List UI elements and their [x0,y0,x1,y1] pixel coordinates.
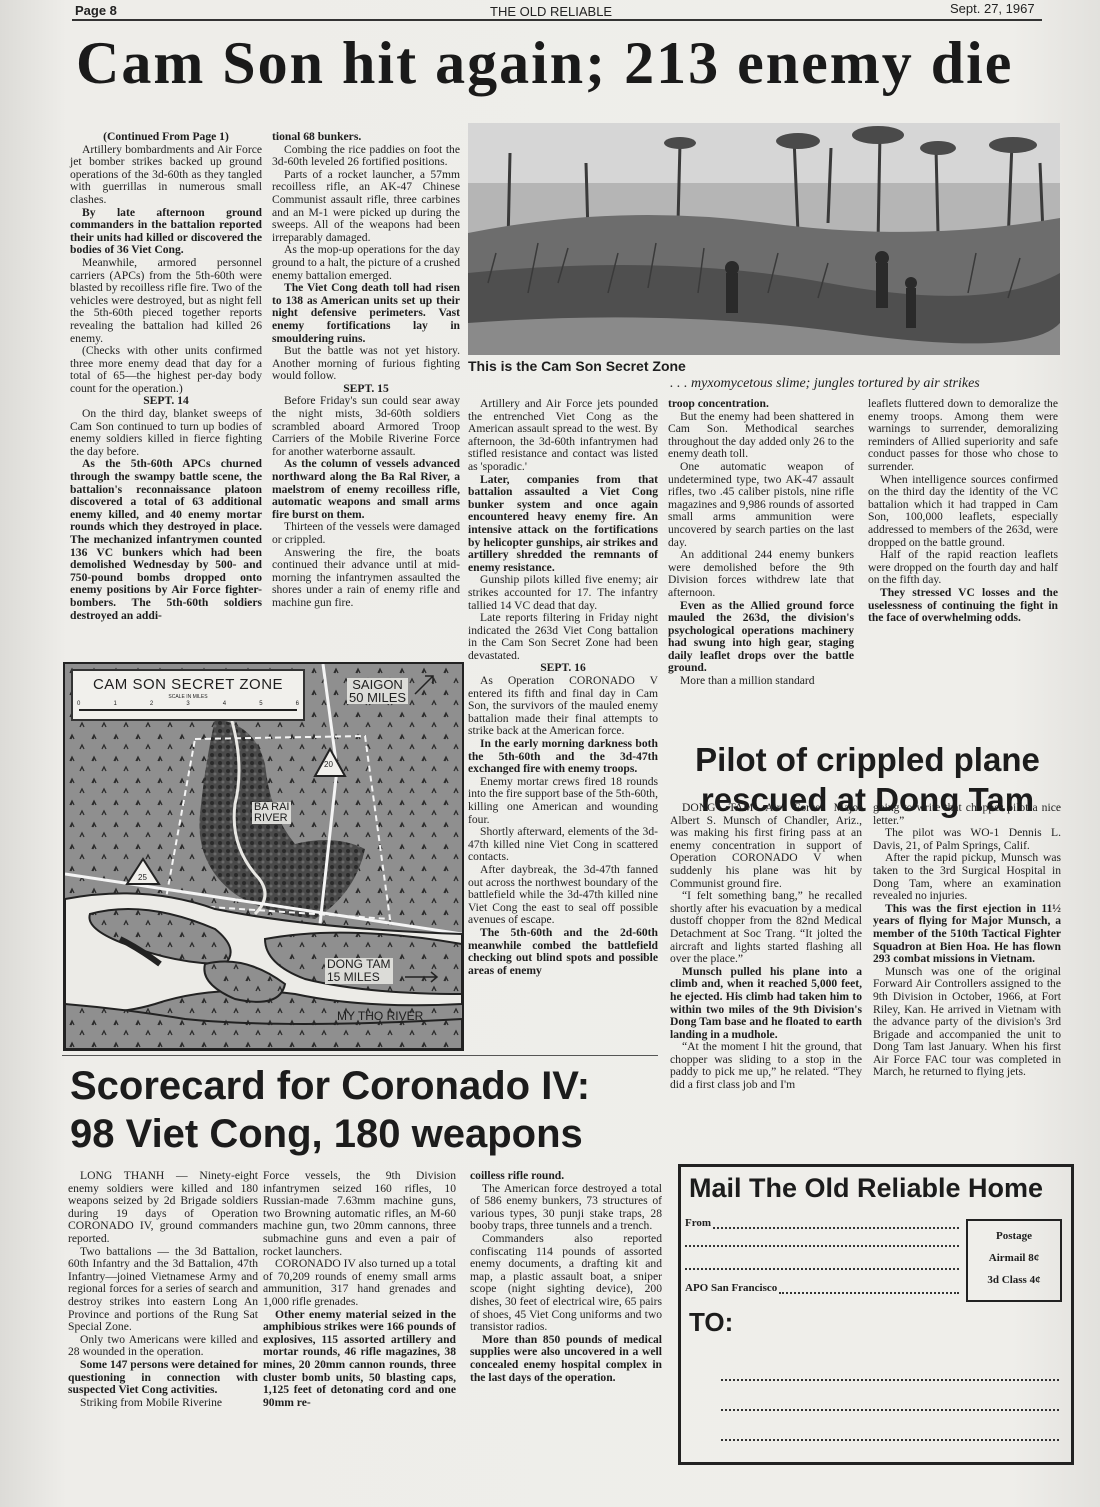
scorecard-headline-line-2: 98 Viet Cong, 180 weapons [70,1110,590,1158]
to-line-2[interactable] [721,1409,1059,1411]
main-story-col-3: Artillery and Air Force jets pounded the… [468,398,658,977]
article-paragraph: leaflets fluttered down to demoralize th… [868,398,1058,474]
scale-tick: 0 [77,701,80,707]
issue-date: Sept. 27, 1967 [950,1,1035,16]
mail-coupon-title: Mail The Old Reliable Home [689,1173,1043,1204]
article-paragraph: Force vessels, the 9th Division infantry… [263,1170,456,1258]
map-scale-label: SCALE IN MILES [73,694,303,700]
article-paragraph: tional 68 bunkers. [272,131,460,144]
map-scale-ticks: 0 1 2 3 4 5 6 [77,701,299,707]
article-paragraph: Some 147 persons were detained for quest… [68,1359,258,1397]
article-paragraph: “At the moment I hit the ground, that ch… [670,1041,862,1091]
dong-tam-distance: 15 MILES [327,971,391,984]
article-paragraph: Parts of a rocket launcher, a 57mm recoi… [272,169,460,245]
article-paragraph: Gunship pilots killed five enemy; air st… [468,574,658,612]
article-paragraph: Two battalions — the 3d Battalion, 60th … [68,1246,258,1334]
article-paragraph: DONG TAM—Air Force Major Albert S. Munsc… [670,802,862,890]
article-paragraph: More than 850 pounds of medical supplies… [470,1334,662,1384]
map-label-my-tho-river: MY THO RIVER [337,1009,423,1023]
postage-third-class: 3d Class 4¢ [968,1269,1060,1291]
article-paragraph: One automatic weapon of undetermined typ… [668,461,854,549]
article-paragraph: In the early morning darkness both the 5… [468,738,658,776]
apo-label: APO San Francisco [685,1282,777,1294]
map-label-ba-rai-river: BA RAI RIVER [252,802,291,824]
main-story-col-2: tional 68 bunkers.Combing the rice paddi… [272,131,460,610]
cam-son-map: CAM SON SECRET ZONE SCALE IN MILES 0 1 2… [63,662,464,1051]
from-line-3[interactable] [685,1268,959,1270]
pilot-story-col-1: DONG TAM—Air Force Major Albert S. Munsc… [670,802,862,1092]
pilot-story-col-2: going to write that chopper pilot a nice… [873,802,1061,1079]
article-paragraph: Later, companies from that battalion ass… [468,474,658,575]
scorecard-col-2: Force vessels, the 9th Division infantry… [263,1170,456,1409]
article-paragraph: Thirteen of the vessels were damaged or … [272,521,460,546]
article-paragraph: Even as the Allied ground force mauled t… [668,600,854,676]
article-paragraph: As the column of vessels advanced northw… [272,458,460,521]
article-paragraph: Munsch pulled his plane into a climb and… [670,966,862,1042]
masthead-rule [72,19,1042,21]
article-paragraph: More than a million standard [668,675,854,688]
article-paragraph: The Viet Cong death toll had risen to 13… [272,282,460,345]
to-label: TO: [689,1307,733,1338]
jungle-photo [468,123,1060,355]
article-paragraph: They stressed VC losses and the uselessn… [868,587,1058,625]
apo-line[interactable] [779,1292,959,1294]
article-paragraph: The American force destroyed a total of … [470,1183,662,1233]
dateline-subhead: (Continued From Page 1) [70,131,262,144]
article-paragraph: On the third day, blanket sweeps of Cam … [70,408,262,458]
postage-title: Postage [968,1225,1060,1247]
map-title-box: CAM SON SECRET ZONE SCALE IN MILES 0 1 2… [71,669,305,721]
paper-name: THE OLD RELIABLE [490,4,612,19]
scorecard-headline-line-1: Scorecard for Coronado IV: [70,1062,590,1110]
article-paragraph: Other enemy material seized in the amphi… [263,1309,456,1410]
from-label: From [685,1217,711,1229]
article-paragraph: As the 5th-60th APCs churned through the… [70,458,262,622]
article-paragraph: When intelligence sources confirmed on t… [868,474,1058,550]
article-paragraph: coilless rifle round. [470,1170,662,1183]
from-field[interactable]: From [685,1217,959,1229]
scale-tick: 6 [296,701,299,707]
article-paragraph: The 5th-60th and the 2d-60th meanwhile c… [468,927,658,977]
article-paragraph: Meanwhile, armored personnel carriers (A… [70,257,262,345]
article-paragraph: troop concentration. [668,398,854,411]
article-paragraph: As Operation CORONADO V entered its fift… [468,675,658,738]
scorecard-headline: Scorecard for Coronado IV: 98 Viet Cong,… [70,1062,590,1158]
article-paragraph: After the rapid pickup, Munsch was taken… [873,852,1061,902]
photo-subcaption: . . . myxomycetous slime; jungles tortur… [670,376,980,392]
scorecard-col-3: coilless rifle round.The American force … [470,1170,662,1384]
map-scale-bar [79,709,297,711]
postage-box: Postage Airmail 8¢ 3d Class 4¢ [966,1219,1062,1302]
article-paragraph: This was the first ejection in 11½ years… [873,903,1061,966]
map-label-saigon: SAIGON 50 MILES [347,678,408,704]
river-label-2: RIVER [254,813,289,824]
apo-field[interactable]: APO San Francisco [685,1282,959,1294]
main-story-col-4: troop concentration.But the enemy had be… [668,398,854,688]
photo-caption: This is the Cam Son Secret Zone [468,358,686,374]
from-line-2[interactable] [685,1245,959,1247]
article-paragraph: CORONADO IV also turned up a total of 70… [263,1258,456,1308]
mail-home-coupon: Mail The Old Reliable Home From APO San … [678,1164,1074,1465]
article-paragraph: But the enemy had been shattered in Cam … [668,411,854,461]
scale-tick: 4 [223,701,226,707]
scale-tick: 1 [113,701,116,707]
article-paragraph: Striking from Mobile Riverine [68,1397,258,1410]
article-paragraph: An additional 244 enemy bunkers were dem… [668,549,854,599]
map-label-dong-tam: DONG TAM 15 MILES [325,958,393,984]
article-paragraph: LONG THANH — Ninety-eight enemy soldiers… [68,1170,258,1246]
newspaper-page: Page 8 THE OLD RELIABLE Sept. 27, 1967 C… [0,0,1100,1507]
map-title: CAM SON SECRET ZONE [73,676,303,693]
page-number: Page 8 [75,3,117,18]
article-paragraph: Half of the rapid reaction leaflets were… [868,549,1058,587]
article-paragraph: The pilot was WO-1 Dennis L. Davis, 21, … [873,827,1061,852]
scorecard-col-1: LONG THANH — Ninety-eight enemy soldiers… [68,1170,258,1409]
from-line[interactable] [713,1227,959,1229]
main-story-col-5: leaflets fluttered down to demoralize th… [868,398,1058,625]
postage-airmail: Airmail 8¢ [968,1247,1060,1269]
scale-tick: 5 [259,701,262,707]
article-paragraph: Only two Americans were killed and 28 wo… [68,1334,258,1359]
to-line-3[interactable] [721,1439,1059,1441]
section-divider [62,1055,658,1056]
article-paragraph: Late reports filtering in Friday night i… [468,612,658,662]
article-paragraph: Before Friday's sun could sear away the … [272,395,460,458]
article-paragraph: By late afternoon ground commanders in t… [70,207,262,257]
article-paragraph: Answering the fire, the boats continued … [272,547,460,610]
article-paragraph: Shortly afterward, elements of the 3d-47… [468,826,658,864]
photo-scene-illustration [468,123,1060,355]
article-paragraph: After daybreak, the 3d-47th fanned out a… [468,864,658,927]
article-paragraph: (Checks with other units confirmed three… [70,345,262,395]
article-paragraph: Artillery bombardments and Air Force jet… [70,144,262,207]
pilot-headline-line-1: Pilot of crippled plane [670,740,1065,780]
article-paragraph: Munsch was one of the original Forward A… [873,966,1061,1079]
to-line-1[interactable] [721,1379,1059,1381]
saigon-distance: 50 MILES [349,691,406,704]
route-25-marker: 25 [138,873,147,882]
article-paragraph: As the mop-up operations for the day gro… [272,244,460,282]
article-paragraph: Commanders also reported confiscating 11… [470,1233,662,1334]
article-paragraph: Artillery and Air Force jets pounded the… [468,398,658,474]
scale-tick: 2 [150,701,153,707]
main-headline: Cam Son hit again; 213 enemy die [76,24,1013,102]
article-paragraph: Combing the rice paddies on foot the 3d-… [272,144,460,169]
article-paragraph: going to write that chopper pilot a nice… [873,802,1061,827]
main-story-col-1: (Continued From Page 1)Artillery bombard… [70,131,262,622]
map-illustration [65,664,462,1049]
article-paragraph: “I felt something bang,” he recalled sho… [670,890,862,966]
scale-tick: 3 [186,701,189,707]
route-20-marker: 20 [324,760,333,769]
article-paragraph: Enemy mortar crews fired 18 rounds into … [468,776,658,826]
article-paragraph: But the battle was not yet history. Anot… [272,345,460,383]
